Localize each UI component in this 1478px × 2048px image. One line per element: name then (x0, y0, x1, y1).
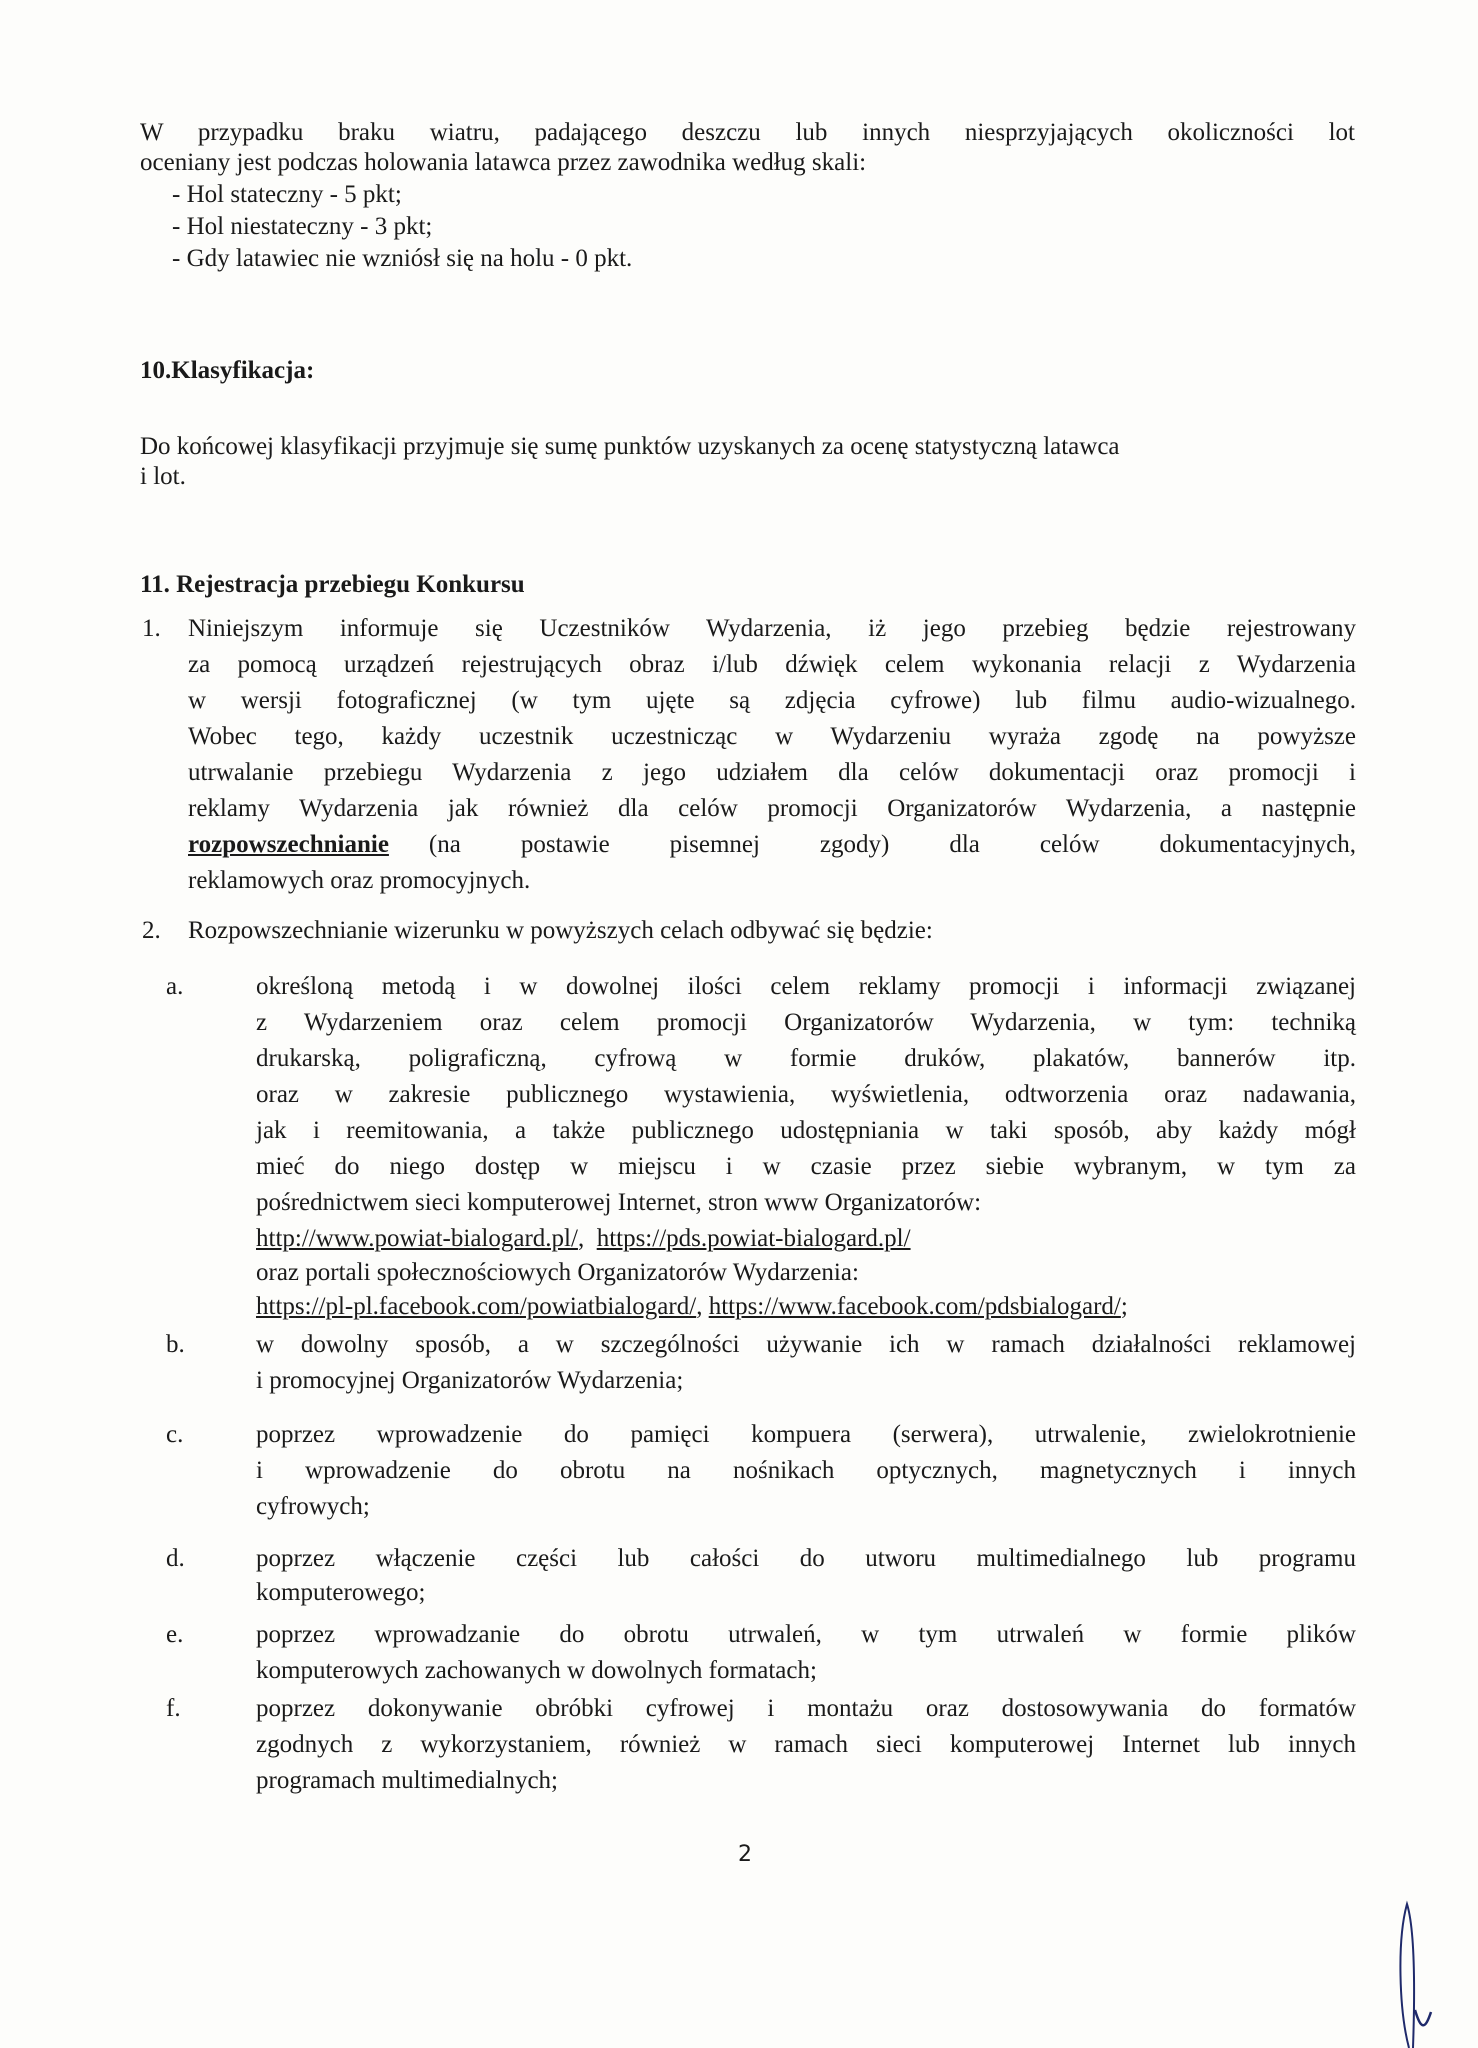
subitem-b-line-1: w dowolny sposób, a w szczególności używ… (256, 1330, 1356, 1360)
page-number: 2 (738, 1842, 752, 1867)
emphasized-word: rozpowszechnianie (188, 830, 389, 860)
item-2-marker: 2. (142, 916, 161, 946)
item-1-line-4: Wobec tego, każdy uczestnik uczestnicząc… (188, 722, 1356, 752)
section-10-heading: 10.Klasyfikacja: (140, 356, 314, 386)
link-powiat-bialogard[interactable]: http://www.powiat-bialogard.pl/ (256, 1225, 578, 1252)
item-1-line-1: Niniejszym informuje się Uczestników Wyd… (188, 614, 1356, 644)
section-10-line-1: Do końcowej klasyfikacji przyjmuje się s… (140, 432, 1120, 462)
item-1-line-6: reklamy Wydarzenia jak również dla celów… (188, 794, 1356, 824)
link-facebook-powiatbialogard[interactable]: https://pl-pl.facebook.com/powiatbialoga… (256, 1293, 696, 1320)
subitem-c-marker: c. (166, 1420, 183, 1450)
subitem-a-line-2: z Wydarzeniem oraz celem promocji Organi… (256, 1008, 1356, 1038)
link-pds-powiat-bialogard[interactable]: https://pds.powiat-bialogard.pl/ (597, 1225, 911, 1252)
item-1-line-8: reklamowych oraz promocyjnych. (188, 866, 530, 896)
subitem-a-marker: a. (166, 972, 183, 1002)
item-1-line-5: utrwalanie przebiegu Wydarzenia z jego u… (188, 758, 1356, 788)
subitem-a-line-5: jak i reemitowania, a także publicznego … (256, 1116, 1356, 1146)
subitem-a-line-1: określoną metodą i w dowolnej ilości cel… (256, 972, 1356, 1002)
separator: , (578, 1225, 584, 1252)
subitem-f-line-3: programach multimedialnych; (256, 1766, 558, 1796)
section-10-line-2: i lot. (140, 462, 186, 492)
scale-item-3: - Gdy latawiec nie wzniósł się na holu -… (172, 244, 632, 274)
subitem-a-line-6: mieć do niego dostęp w miejscu i w czasi… (256, 1152, 1356, 1182)
subitem-e-line-2: komputerowych zachowanych w dowolnych fo… (256, 1656, 817, 1686)
link-facebook-pdsbialogard[interactable]: https://www.facebook.com/pdsbialogard/ (709, 1293, 1121, 1320)
subitem-b-line-2: i promocyjnej Organizatorów Wydarzenia; (256, 1366, 683, 1396)
subitem-a-line-3: drukarską, poligraficzną, cyfrową w form… (256, 1044, 1356, 1074)
subitem-f-line-1: poprzez dokonywanie obróbki cyfrowej i m… (256, 1694, 1356, 1724)
social-intro: oraz portali społecznościowych Organizat… (256, 1258, 859, 1288)
item-1-line-2: za pomocą urządzeń rejestrujących obraz … (188, 650, 1356, 680)
scale-item-2: - Hol niestateczny - 3 pkt; (172, 212, 432, 242)
item-1-marker: 1. (142, 614, 161, 644)
item-1-line-7-rest: (na postawie pisemnej zgody) dla celów d… (429, 830, 1356, 860)
intro-line-1: W przypadku braku wiatru, padającego des… (140, 118, 1355, 148)
subitem-a-line-7: pośrednictwem sieci komputerowej Interne… (256, 1188, 981, 1218)
item-1-line-3: w wersji fotograficznej (w tym ujęte są … (188, 686, 1356, 716)
subitem-e-line-1: poprzez wprowadzanie do obrotu utrwaleń,… (256, 1620, 1356, 1650)
links-row-2: https://pl-pl.facebook.com/powiatbialoga… (256, 1292, 1128, 1322)
item-2-text: Rozpowszechnianie wizerunku w powyższych… (188, 916, 933, 946)
intro-line-2: oceniany jest podczas holowania latawca … (140, 148, 866, 178)
document-page: W przypadku braku wiatru, padającego des… (0, 0, 1478, 2048)
subitem-f-marker: f. (166, 1694, 181, 1724)
subitem-b-marker: b. (166, 1330, 185, 1360)
subitem-e-marker: e. (166, 1620, 183, 1650)
subitem-a-line-4: oraz w zakresie publicznego wystawienia,… (256, 1080, 1356, 1110)
links-row-1: http://www.powiat-bialogard.pl/, https:/… (256, 1224, 911, 1254)
subitem-c-line-2: i wprowadzenie do obrotu na nośnikach op… (256, 1456, 1356, 1486)
scale-item-1: - Hol stateczny - 5 pkt; (172, 180, 402, 210)
signature-icon (1395, 1900, 1475, 2048)
subitem-d-marker: d. (166, 1544, 185, 1574)
subitem-c-line-1: poprzez wprowadzenie do pamięci kompuera… (256, 1420, 1356, 1450)
separator: , (696, 1293, 702, 1320)
section-11-heading: 11. Rejestracja przebiegu Konkursu (140, 570, 525, 600)
item-1-line-7: rozpowszechnianie (na postawie pisemnej … (188, 830, 1356, 860)
subitem-d-line-1: poprzez włączenie części lub całości do … (256, 1544, 1356, 1574)
subitem-f-line-2: zgodnych z wykorzystaniem, również w ram… (256, 1730, 1356, 1760)
subitem-d-line-2: komputerowego; (256, 1578, 425, 1608)
separator: ; (1121, 1293, 1128, 1320)
subitem-c-line-3: cyfrowych; (256, 1492, 370, 1522)
